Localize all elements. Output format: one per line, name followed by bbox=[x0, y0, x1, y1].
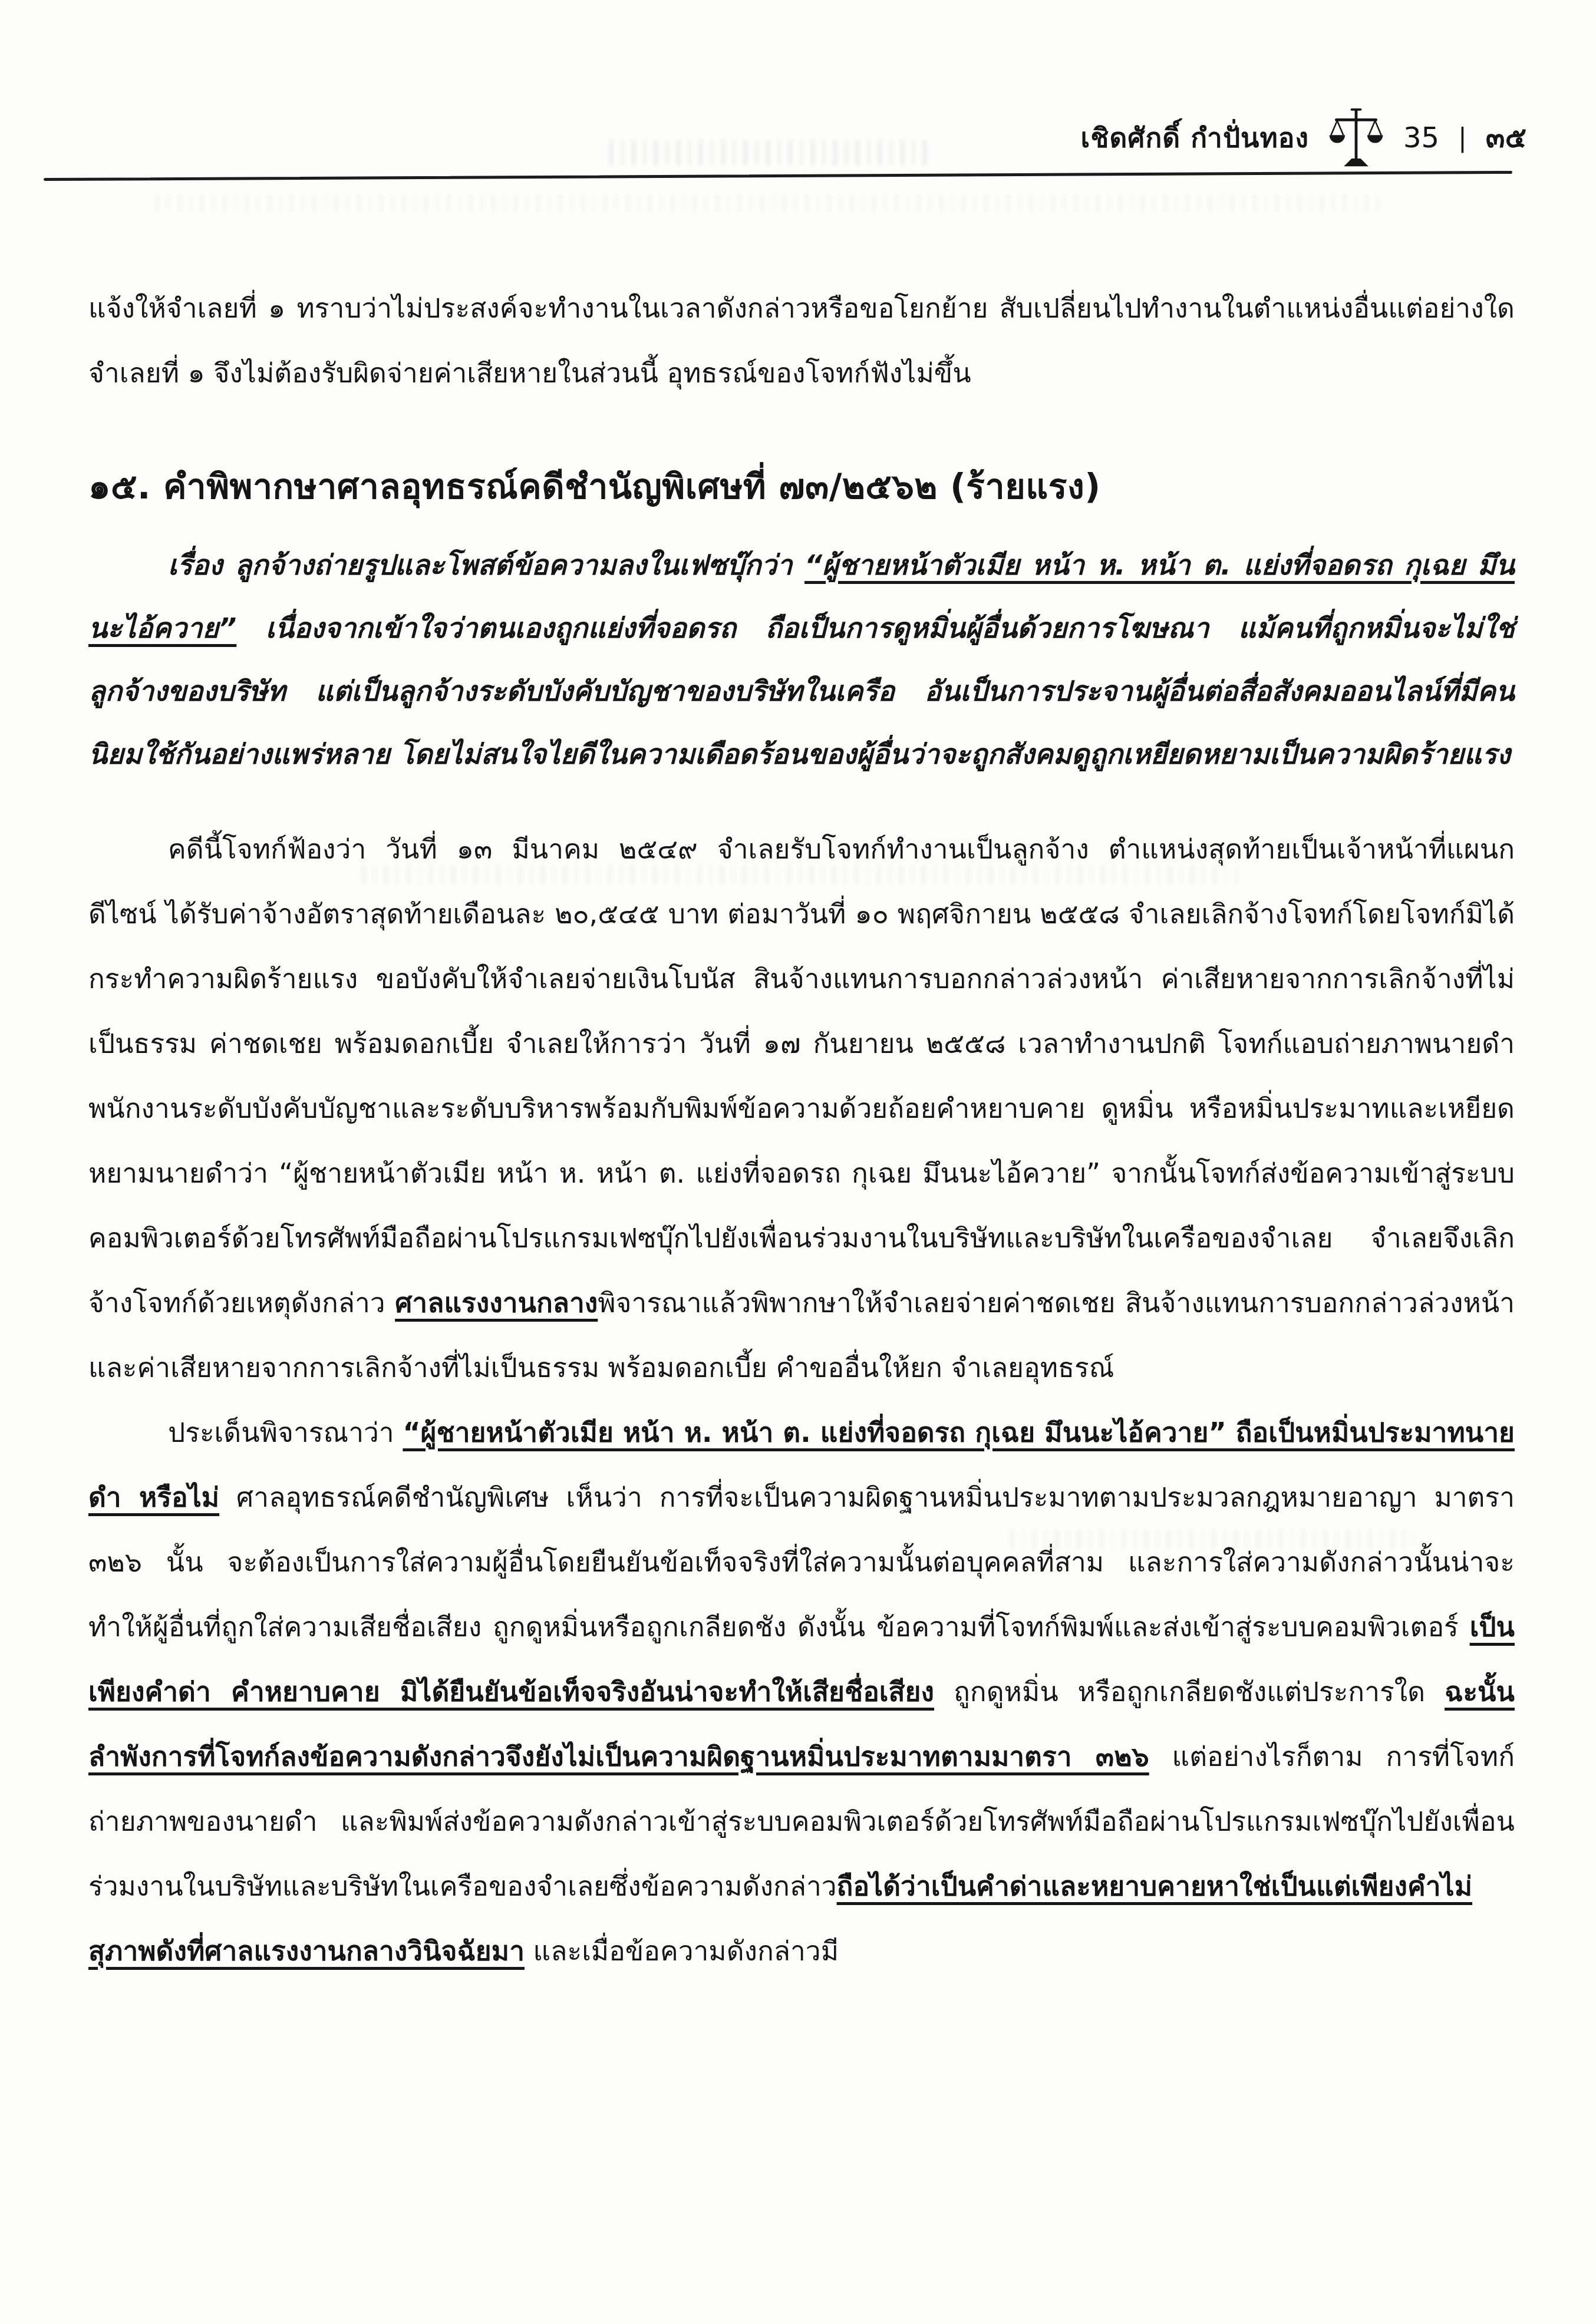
page-header: เชิดศักดิ์ กำปั่นทอง 35 | ๓๕ bbox=[1080, 107, 1526, 169]
text-run: เนื่องจากเข้าใจว่าตนเองถูกแย่งที่จอดรถ ถ… bbox=[88, 612, 1515, 771]
page-number-arabic: 35 bbox=[1403, 121, 1439, 154]
book-page: เชิดศักดิ์ กำปั่นทอง 35 | ๓๕ bbox=[0, 0, 1596, 2324]
text-run: ประเด็นพิจารณาว่า bbox=[168, 1417, 403, 1448]
judgment-heading: ๑๕. คำพิพากษาศาลอุทธรณ์คดีชำนัญพิเศษที่ … bbox=[88, 457, 1515, 516]
author-name: เชิดศักดิ์ กำปั่นทอง bbox=[1080, 117, 1309, 160]
court-analysis-paragraph: ประเด็นพิจารณาว่า “ผู้ชายหน้าตัวเมีย หน้… bbox=[88, 1400, 1515, 1983]
bleedthrough-artifact bbox=[601, 140, 931, 165]
bleedthrough-artifact bbox=[147, 194, 1385, 212]
text-run: และเมื่อข้อความดังกล่าวมี bbox=[525, 1935, 839, 1967]
text-run: ถูกดูหมิ่น หรือถูกเกลียดชังแต่ประการใด bbox=[934, 1676, 1445, 1708]
text-run: แจ้งให้จำเลยที่ ๑ ทราบว่าไม่ประสงค์จะทำง… bbox=[88, 292, 1515, 389]
page-number-separator: | bbox=[1455, 123, 1470, 153]
scales-of-justice-icon bbox=[1328, 107, 1384, 169]
text-run: คดีนี้โจทก์ฟ้องว่า วันที่ ๑๓ มีนาคม ๒๕๔๙… bbox=[88, 833, 1515, 1319]
text-run: ศาลอุทธรณ์คดีชำนัญพิเศษ เห็นว่า การที่จะ… bbox=[88, 1481, 1515, 1643]
page-number-thai: ๓๕ bbox=[1486, 115, 1526, 160]
case-subject-paragraph: เรื่อง ลูกจ้างถ่ายรูปและโพสต์ข้อความลงใน… bbox=[88, 534, 1515, 786]
case-facts-paragraph: คดีนี้โจทก์ฟ้องว่า วันที่ ๑๓ มีนาคม ๒๕๔๙… bbox=[88, 817, 1515, 1400]
document-body: แจ้งให้จำเลยที่ ๑ ทราบว่าไม่ประสงค์จะทำง… bbox=[88, 247, 1515, 1983]
header-rule bbox=[44, 171, 1512, 181]
text-run: ๑๕. คำพิพากษาศาลอุทธรณ์คดีชำนัญพิเศษที่ … bbox=[88, 466, 1101, 507]
text-run: ศาลแรงงานกลาง bbox=[395, 1287, 598, 1319]
carryover-paragraph: แจ้งให้จำเลยที่ ๑ ทราบว่าไม่ประสงค์จะทำง… bbox=[88, 276, 1515, 405]
text-run: เรื่อง ลูกจ้างถ่ายรูปและโพสต์ข้อความลงใน… bbox=[168, 549, 804, 582]
